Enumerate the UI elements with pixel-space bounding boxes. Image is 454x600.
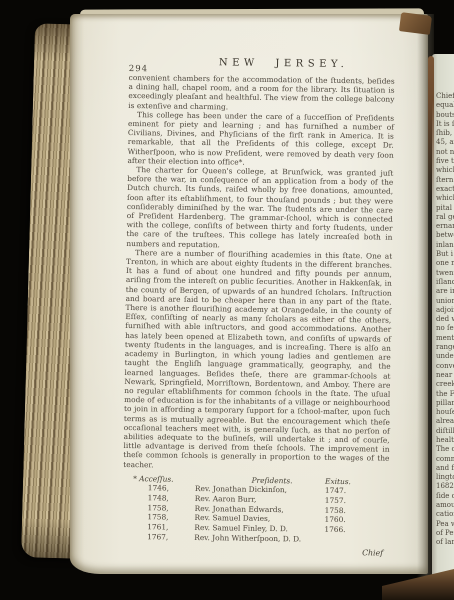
text-fragment: no ſerv bbox=[436, 324, 454, 333]
text-fragment: cation o bbox=[436, 510, 454, 519]
text-fragment: But i bbox=[436, 250, 454, 259]
text-fragment: convenie bbox=[436, 362, 454, 371]
text-fragment: pillars bbox=[436, 399, 454, 408]
paragraph: convenient chambers for the accommodatio… bbox=[128, 73, 394, 114]
table-cell bbox=[324, 535, 388, 546]
text-fragment: ſtern h bbox=[436, 176, 454, 185]
text-fragment: inland t bbox=[436, 241, 454, 250]
text-fragment: which is bbox=[436, 194, 454, 203]
text-fragment: houſe, bbox=[436, 408, 454, 417]
next-page-text-fragments: Chief Tequal linbouts, coIt is ſituſhib,… bbox=[432, 54, 454, 548]
table-cell: 1746, bbox=[123, 483, 169, 493]
page-content: 294 NEW JERSEY. convenient chambers for … bbox=[122, 56, 395, 558]
text-fragment: are in l bbox=[436, 287, 454, 296]
page-paragraphs: convenient chambers for the accommodatio… bbox=[123, 73, 394, 472]
text-fragment: between bbox=[436, 231, 454, 240]
table-cell: 1761, bbox=[122, 522, 168, 532]
text-fragment: amount bbox=[436, 501, 454, 510]
text-fragment: 45, and bbox=[436, 138, 454, 147]
table-cell: 1748, bbox=[123, 493, 169, 503]
table-cell: 1758, bbox=[122, 512, 168, 522]
text-fragment: of Penſ bbox=[436, 529, 454, 538]
catchword: Chief bbox=[122, 545, 388, 558]
text-fragment: ranged bbox=[436, 343, 454, 352]
paragraph: There are a number of flouriſhing academ… bbox=[123, 248, 392, 473]
text-fragment: ral gen bbox=[436, 213, 454, 222]
table-cell: 1767, bbox=[122, 532, 168, 542]
text-fragment: creek, bbox=[436, 380, 454, 389]
text-fragment: The c bbox=[436, 445, 454, 454]
next-page-sliver: Chief Tequal linbouts, coIt is ſituſhib,… bbox=[432, 54, 454, 586]
text-fragment: the Fri bbox=[436, 390, 454, 399]
book-scan: 294 NEW JERSEY. convenient chambers for … bbox=[0, 0, 454, 600]
page-number: 294 bbox=[129, 64, 148, 74]
text-fragment: ernamen bbox=[436, 222, 454, 231]
paragraph: This college has been under the care of … bbox=[127, 110, 394, 169]
text-fragment: Pea w bbox=[436, 520, 454, 529]
paragraph: The charter for Queen's college, at Brun… bbox=[126, 165, 393, 252]
text-fragment: lington bbox=[436, 473, 454, 482]
text-fragment: It is ſitu bbox=[436, 120, 454, 129]
text-fragment: near the bbox=[436, 371, 454, 380]
presidents-table: * Acceſſus. Preſidents. Exitus. 1746,Rev… bbox=[122, 474, 389, 545]
cover-corner-top bbox=[399, 12, 432, 35]
text-fragment: ſide of bbox=[436, 492, 454, 501]
text-fragment: bouts, co bbox=[436, 111, 454, 120]
text-fragment: which jo bbox=[436, 166, 454, 175]
text-fragment: exact fr bbox=[436, 185, 454, 194]
text-fragment: five to ſe bbox=[436, 157, 454, 166]
presidents-table-body: 1746,Rev. Jonathan Dickinſon,1747.1748,R… bbox=[122, 483, 389, 545]
text-fragment: and fore bbox=[436, 464, 454, 473]
text-fragment: pital of bbox=[436, 204, 454, 213]
binding-edge-strip bbox=[428, 56, 434, 206]
table-cell: 1758, bbox=[123, 503, 169, 513]
text-fragment: one mil bbox=[436, 259, 454, 268]
table-cell: Rev. John Witherſpoon, D. D. bbox=[194, 533, 324, 545]
text-fragment: iſland, bbox=[436, 278, 454, 287]
text-fragment: diſtiller bbox=[436, 427, 454, 436]
book-page: 294 NEW JERSEY. convenient chambers for … bbox=[70, 14, 428, 574]
text-fragment: health bbox=[436, 436, 454, 445]
text-fragment: unions c bbox=[436, 297, 454, 306]
running-head: NEW JERSEY. bbox=[219, 57, 349, 70]
text-fragment: adjoini bbox=[436, 306, 454, 315]
text-fragment: equal lin bbox=[436, 101, 454, 110]
text-fragment: Chief T bbox=[436, 92, 454, 101]
text-fragment: ded wh bbox=[436, 315, 454, 324]
text-fragment: already bbox=[436, 417, 454, 426]
text-fragment: under th bbox=[436, 352, 454, 361]
text-fragment: commer bbox=[436, 455, 454, 464]
text-fragment: of land bbox=[436, 538, 454, 547]
text-fragment: mented bbox=[436, 334, 454, 343]
text-fragment: twenty bbox=[436, 269, 454, 278]
text-fragment: ſhib, nea bbox=[436, 129, 454, 138]
text-fragment: 1682, t bbox=[436, 482, 454, 491]
text-fragment: not navi bbox=[436, 148, 454, 157]
